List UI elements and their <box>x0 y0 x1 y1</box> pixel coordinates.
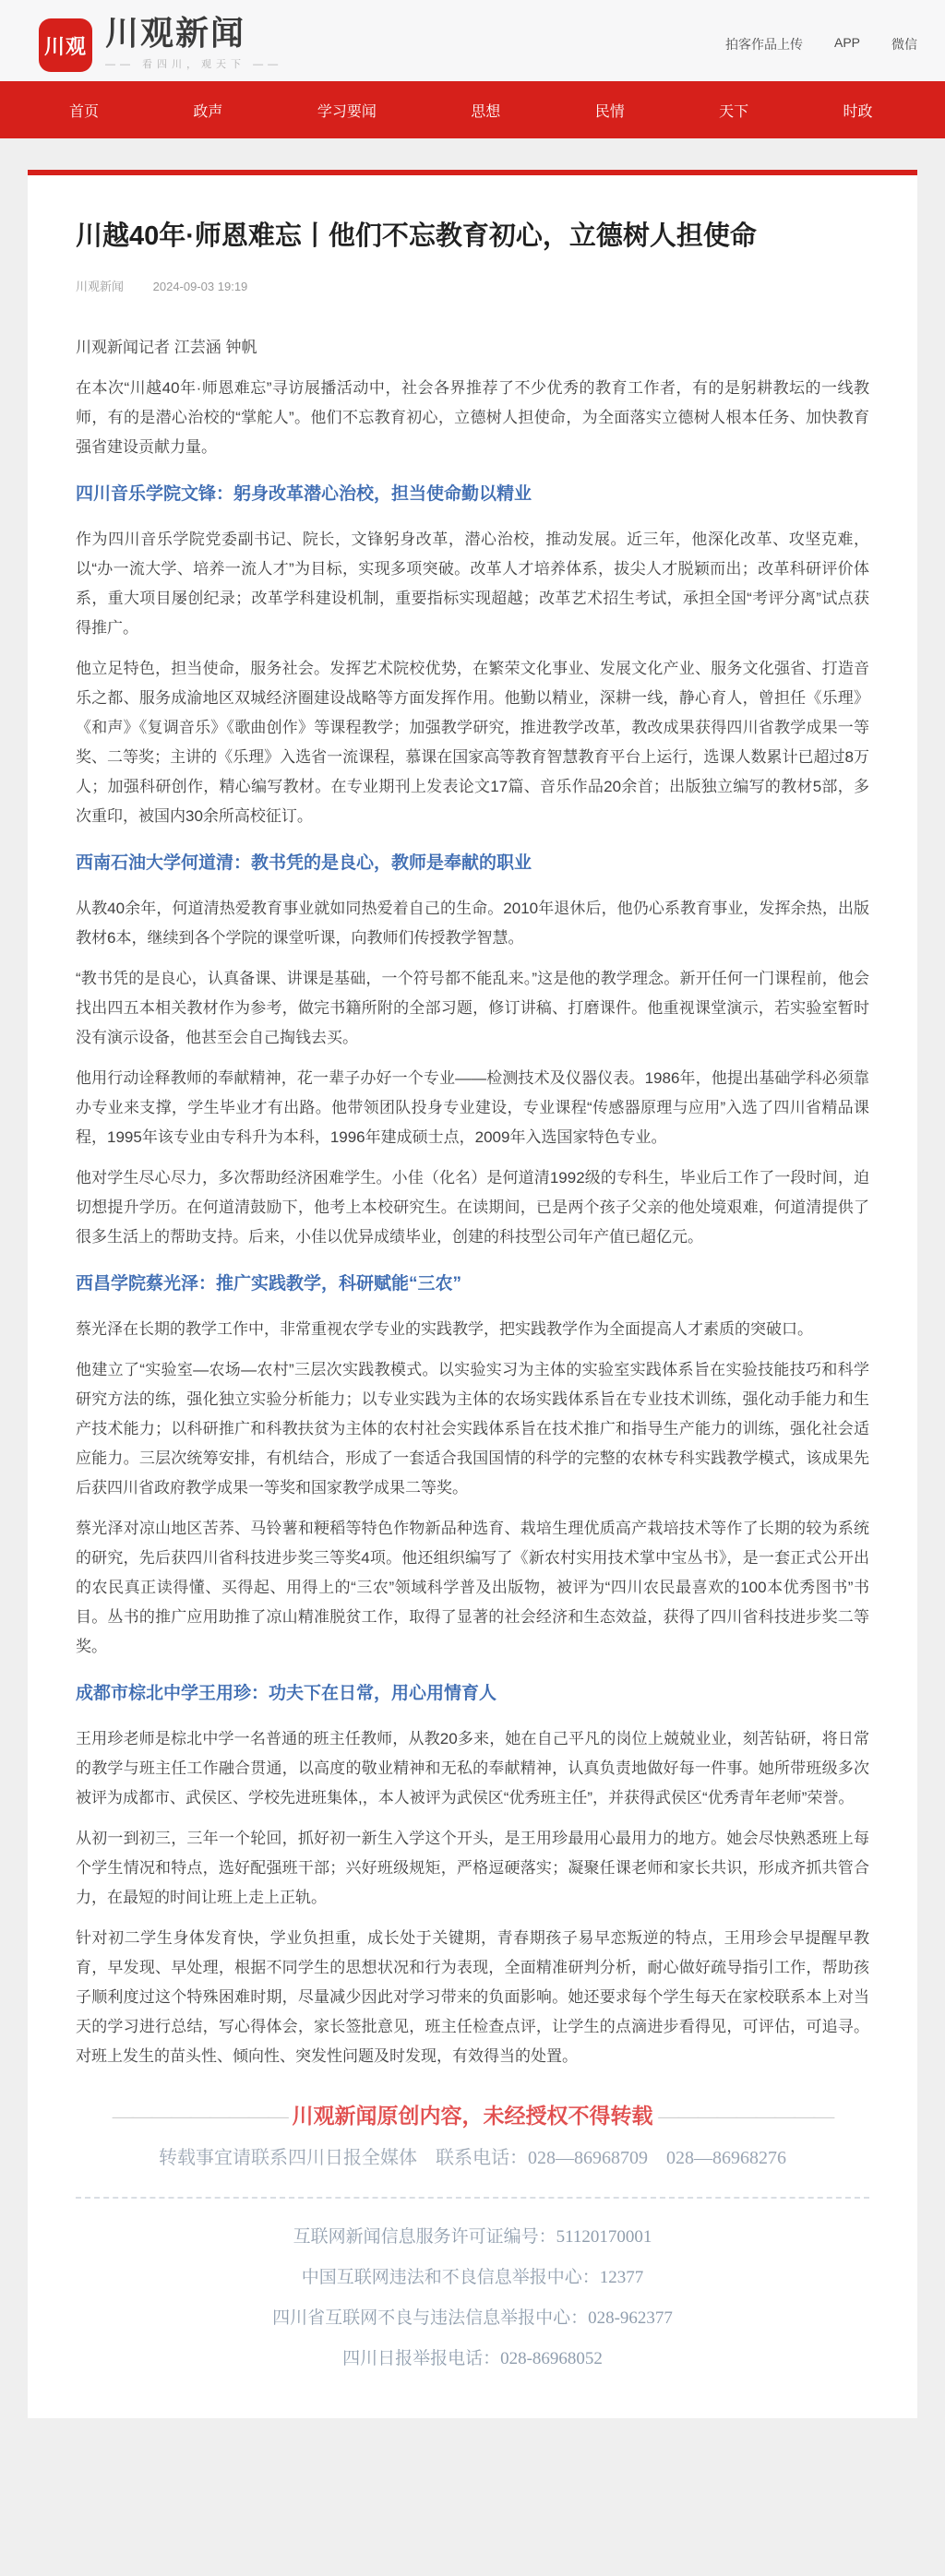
section-heading-wangyongzhen: 成都市棕北中学王用珍：功夫下在日常，用心用情育人 <box>76 1682 869 1706</box>
article-paragraph: 王用珍老师是棕北中学一名普通的班主任教师，从教20多来，她在自己平凡的岗位上兢兢… <box>76 1724 869 1813</box>
footer-divider <box>76 2197 869 2199</box>
upload-link[interactable]: 拍客作品上传 <box>725 35 803 54</box>
article-datetime: 2024-09-03 19:19 <box>153 280 248 293</box>
article-meta: 川观新闻 2024-09-03 19:19 <box>76 277 869 294</box>
article-paragraph: 他对学生尽心尽力，多次帮助经济困难学生。小佳（化名）是何道清1992级的专科生，… <box>76 1163 869 1252</box>
reprint-contact: 转载事宜请联系四川日报全媒体 联系电话：028—86968709 028—869… <box>76 2142 869 2169</box>
app-link[interactable]: APP <box>834 35 860 54</box>
article-paragraph: 针对初二学生身体发育快，学业负担重，成长处于关键期，青春期孩子易早恋叛逆的特点，… <box>76 1924 869 2071</box>
article-paragraph: 蔡光泽在长期的教学工作中，非常重视农学专业的实践教学，把实践教学作为全面提高人才… <box>76 1315 869 1344</box>
article-paragraph: 在本次“川越40年·师恩难忘”寻访展播活动中，社会各界推荐了不少优秀的教育工作者… <box>76 374 869 462</box>
footer-license-line: 互联网新闻信息服务许可证编号：51120170001 <box>76 2217 869 2258</box>
logo-tagline: —— 看四川，观天下 —— <box>105 56 282 71</box>
article-paragraph: 从初一到初三，三年一个轮回，抓好初一新生入学这个开头，是王用珍最用心最用力的地方… <box>76 1824 869 1913</box>
main-nav: 首页 政声 学习要闻 思想 民情 天下 时政 经济 <box>0 81 945 138</box>
page-title: 川越40年·师恩难忘丨他们不忘教育初心，立德树人担使命 <box>76 218 869 255</box>
copyright-notice: ————————— 川观新闻原创内容，未经授权不得转载 ————————— <box>76 2099 869 2129</box>
article-paragraph: 他建立了“实验室—农场—农村”三层次实践教模式。以实验实习为主体的实验室实践体系… <box>76 1355 869 1503</box>
nav-item-home[interactable]: 首页 <box>69 100 99 121</box>
article-card: 川越40年·师恩难忘丨他们不忘教育初心，立德树人担使命 川观新闻 2024-09… <box>28 170 917 2418</box>
footer-report-center-sc: 四川省互联网不良与违法信息举报中心：028-962377 <box>76 2298 869 2339</box>
logo-badge-icon: 川观 <box>39 18 92 72</box>
section-heading-hedaoqing: 西南石油大学何道清：教书凭的是良心，教师是奉献的职业 <box>76 852 869 876</box>
notice-dash-left: ————————— <box>113 2105 287 2128</box>
footer-report-phone: 四川日报举报电话：028-86968052 <box>76 2339 869 2379</box>
copyright-notice-text: 川观新闻原创内容，未经授权不得转载 <box>293 2105 653 2128</box>
section-heading-caiguangze: 西昌学院蔡光泽：推广实践教学，科研赋能“三农” <box>76 1272 869 1296</box>
wechat-link[interactable]: 微信 <box>891 35 917 54</box>
article-paragraph: 作为四川音乐学院党委副书记、院长，文锋躬身改革，潜心治校，推动发展。近三年，他深… <box>76 525 869 643</box>
site-footer: 互联网新闻信息服务许可证编号：51120170001 中国互联网违法和不良信息举… <box>76 2217 869 2387</box>
article-byline: 川观新闻记者 江芸涵 钟帆 <box>76 333 869 363</box>
footer-report-center-cn: 中国互联网违法和不良信息举报中心：12377 <box>76 2258 869 2298</box>
article-paragraph: 他立足特色，担当使命，服务社会。发挥艺术院校优势，在繁荣文化事业、发展文化产业、… <box>76 654 869 831</box>
article-paragraph: 他用行动诠释教师的奉献精神，花一辈子办好一个专业——检测技术及仪器仪表。1986… <box>76 1064 869 1152</box>
nav-item-world[interactable]: 天下 <box>719 100 748 121</box>
nav-item-thought[interactable]: 思想 <box>471 100 500 121</box>
nav-item-politics[interactable]: 时政 <box>843 100 873 121</box>
nav-item-zhengsheng[interactable]: 政声 <box>193 100 222 121</box>
notice-dash-right: ————————— <box>658 2105 832 2128</box>
nav-item-study-news[interactable]: 学习要闻 <box>317 100 377 121</box>
nav-item-minqing[interactable]: 民情 <box>595 100 625 121</box>
article-paragraph: “教书凭的是良心，认真备课、讲课是基础，一个符号都不能乱来。”这是他的教学理念。… <box>76 964 869 1053</box>
article-source: 川观新闻 <box>76 280 124 293</box>
article-paragraph: 从教40余年，何道清热爱教育事业就如同热爱着自己的生命。2010年退休后，他仍心… <box>76 894 869 953</box>
article-paragraph: 蔡光泽对凉山地区苦荞、马铃薯和粳稻等特色作物新品种选育、栽培生理优质高产栽培技术… <box>76 1514 869 1662</box>
section-heading-wenfeng: 四川音乐学院文锋：躬身改革潜心治校，担当使命勤以精业 <box>76 483 869 507</box>
logo-title: 川观新闻 <box>105 13 282 54</box>
site-header: 川观 川观新闻 —— 看四川，观天下 —— 拍客作品上传 APP 微信 <box>0 0 945 81</box>
site-logo[interactable]: 川观 川观新闻 —— 看四川，观天下 —— <box>39 13 282 72</box>
header-links: 拍客作品上传 APP 微信 <box>725 35 917 54</box>
page-gap <box>0 138 945 170</box>
